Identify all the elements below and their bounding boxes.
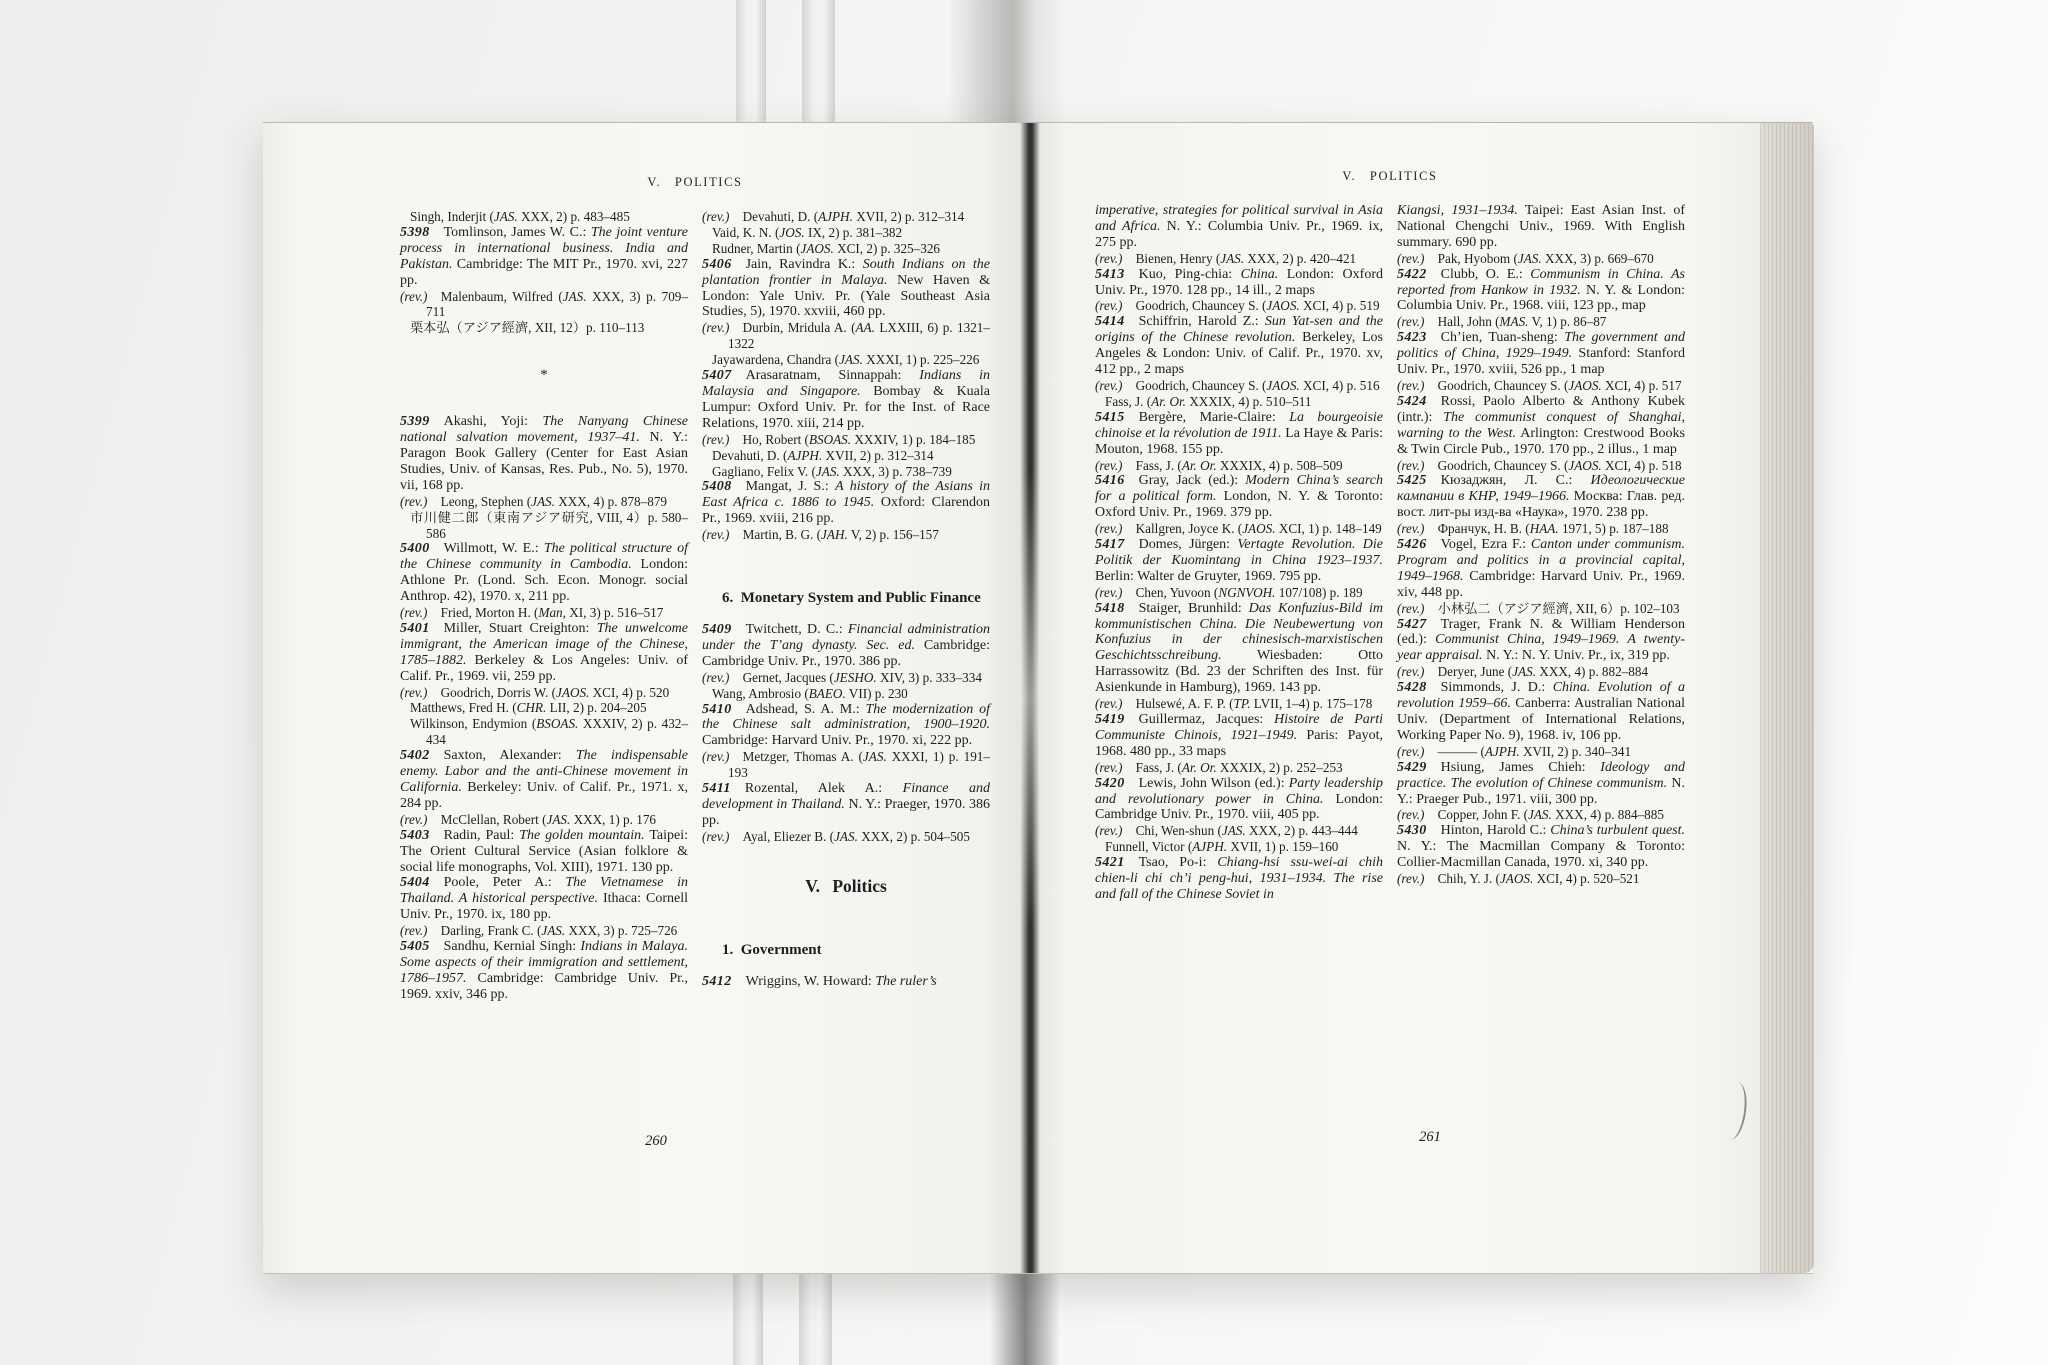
entry-number: 5409	[702, 622, 732, 637]
page-number-right: 261	[1330, 1129, 1530, 1146]
open-book: V. POLITICS V. POLITICS Singh, Inderjit …	[263, 122, 1813, 1274]
rev-label: (rev.)	[1397, 314, 1424, 329]
entry-number: 5407	[702, 368, 732, 383]
bib-entry: 5422 Clubb, O. E.: Communism in China. A…	[1397, 267, 1685, 315]
review-line: (rev.) Goodrich, Chauncey S. (JAOS. XCI,…	[1095, 298, 1383, 314]
review-line: (rev.) Франчук, Н. В. (НАА. 1971, 5) p. …	[1397, 521, 1685, 537]
text-block-right: imperative, strategies for political sur…	[1095, 203, 1685, 903]
entry-number: 5430	[1397, 823, 1427, 838]
bib-entry: 5407 Arasaratnam, Sinnappah: Indians in …	[702, 368, 990, 432]
rev-label: (rev.)	[1397, 521, 1424, 536]
review-line: (rev.) Pak, Hyobom (JAS. XXX, 3) p. 669–…	[1397, 251, 1685, 267]
bib-entry: 5420 Lewis, John Wilson (ed.): Party lea…	[1095, 776, 1383, 824]
entry-number: 5422	[1397, 267, 1427, 282]
entry-number: 5418	[1095, 601, 1125, 616]
rev-label: (rev.)	[1095, 823, 1122, 838]
page-number-left: 260	[556, 1133, 756, 1150]
review-line: (rev.) Bienen, Henry (JAS. XXX, 2) p. 42…	[1095, 251, 1383, 267]
bib-entry: 5406 Jain, Ravindra K.: South Indians on…	[702, 257, 990, 321]
bib-entry: 5424 Rossi, Paolo Alberto & Anthony Kube…	[1397, 394, 1685, 458]
review-line: Vaid, K. N. (JOS. IX, 2) p. 381–382	[702, 225, 990, 241]
section-heading: V. Politics	[702, 879, 990, 895]
entry-number: 5406	[702, 257, 732, 272]
bib-entry: 5425 Кюзаджян, Л. С.: Идеологические кам…	[1397, 473, 1685, 521]
rev-label: (rev.)	[1397, 744, 1424, 759]
bib-entry: 5409 Twitchett, D. C.: Financial adminis…	[702, 622, 990, 670]
review-line: Funnell, Victor (AJPH. XVII, 1) p. 159–1…	[1095, 839, 1383, 855]
entry-continuation: imperative, strategies for political sur…	[1095, 203, 1383, 251]
rev-label: (rev.)	[1397, 664, 1424, 679]
bib-entry: 5401 Miller, Stuart Creighton: The unwel…	[400, 621, 688, 685]
review-line: (rev.) McClellan, Robert (JAS. XXX, 1) p…	[400, 812, 688, 828]
entry-number: 5404	[400, 875, 430, 890]
entry-number: 5408	[702, 479, 732, 494]
review-line: (rev.) Copper, John F. (JAS. XXX, 4) p. …	[1397, 807, 1685, 823]
book-clamp-strap	[799, 1270, 832, 1365]
entry-number: 5426	[1397, 537, 1427, 552]
rev-label: (rev.)	[702, 527, 729, 542]
rev-label: (rev.)	[1397, 251, 1424, 266]
bib-entry: 5413 Kuo, Ping-chia: China. London: Oxfo…	[1095, 267, 1383, 299]
entry-number: 5399	[400, 414, 430, 429]
review-line: (rev.) Hall, John (MAS. V, 1) p. 86–87	[1397, 314, 1685, 330]
entry-number: 5417	[1095, 537, 1125, 552]
bib-entry: 5429 Hsiung, James Chieh: Ideology and p…	[1397, 760, 1685, 808]
bib-entry: 5398 Tomlinson, James W. C.: The joint v…	[400, 225, 688, 289]
entry-number: 5411	[702, 781, 731, 796]
rev-label: (rev.)	[702, 829, 729, 844]
review-line: (rev.) Chi, Wen-shun (JAS. XXX, 2) p. 44…	[1095, 823, 1383, 839]
bib-entry: 5417 Domes, Jürgen: Vertagte Revolution.…	[1095, 537, 1383, 585]
entry-number: 5398	[400, 225, 430, 240]
bib-entry: 5421 Tsao, Po-i: Chiang-hsi ssu-wei-ai c…	[1095, 855, 1383, 903]
rev-label: (rev.)	[1095, 251, 1122, 266]
bib-entry: 5428 Simmonds, J. D.: China. Evolution o…	[1397, 680, 1685, 744]
bib-entry: 5423 Ch’ien, Tuan-sheng: The government …	[1397, 330, 1685, 378]
book-clamp-strap	[802, 0, 835, 124]
bib-entry: 5404 Poole, Peter A.: The Vietnamese in …	[400, 875, 688, 923]
entry-number: 5412	[702, 974, 732, 989]
rev-label: (rev.)	[1095, 378, 1122, 393]
bib-entry: 5419 Guillermaz, Jacques: Histoire de Pa…	[1095, 712, 1383, 760]
rev-label: (rev.)	[1095, 458, 1122, 473]
review-line: (rev.) Goodrich, Chauncey S. (JAOS. XCI,…	[1397, 378, 1685, 394]
review-line: 市川健二郎（東南アジア研究, VIII, 4）p. 580–586	[400, 510, 688, 542]
rev-label: (rev.)	[400, 289, 427, 304]
book-photograph: V. POLITICS V. POLITICS Singh, Inderjit …	[0, 0, 2048, 1365]
entry-continuation: Kiangsi, 1931–1934. Taipei: East Asian I…	[1397, 203, 1685, 251]
review-line: Wilkinson, Endymion (BSOAS. XXXIV, 2) p.…	[400, 716, 688, 748]
review-line: (rev.) Darling, Frank C. (JAS. XXX, 3) p…	[400, 923, 688, 939]
bib-entry: 5411 Rozental, Alek A.: Finance and deve…	[702, 781, 990, 829]
rev-label: (rev.)	[1397, 807, 1424, 822]
bib-entry: 5410 Adshead, S. A. M.: The modernizatio…	[702, 702, 990, 750]
subsection-heading: 1. Government	[702, 941, 990, 960]
rev-label: (rev.)	[1095, 585, 1122, 600]
subsection-number: 6.	[722, 590, 733, 606]
entry-number: 5402	[400, 748, 430, 763]
review-line: (rev.) Goodrich, Chauncey S. (JAOS. XCI,…	[1095, 378, 1383, 394]
entry-number: 5427	[1397, 617, 1427, 632]
review-line: (rev.) Fass, J. (Ar. Or. XXXIX, 2) p. 25…	[1095, 760, 1383, 776]
review-line: (rev.) Fass, J. (Ar. Or. XXXIX, 4) p. 50…	[1095, 458, 1383, 474]
rev-label: (rev.)	[702, 432, 729, 447]
review-line: Devahuti, D. (AJPH. XVII, 2) p. 312–314	[702, 448, 990, 464]
review-line: (rev.) ——— (AJPH. XVII, 2) p. 340–341	[1397, 744, 1685, 760]
review-line: Gagliano, Felix V. (JAS. XXX, 3) p. 738–…	[702, 464, 990, 480]
column: Singh, Inderjit (JAS. XXX, 2) p. 483–485…	[400, 209, 688, 1003]
subsection-number: 1.	[722, 942, 733, 958]
separator-star: *	[400, 368, 688, 384]
review-line: (rev.) 小林弘二（アジア經濟, XII, 6）p. 102–103	[1397, 601, 1685, 617]
bib-entry: 5405 Sandhu, Kernial Singh: Indians in M…	[400, 939, 688, 1003]
rev-label: (rev.)	[1397, 601, 1424, 616]
review-line: (rev.) Hulsewé, A. F. P. (TP. LVII, 1–4)…	[1095, 696, 1383, 712]
rev-label: (rev.)	[702, 670, 729, 685]
review-line: (rev.) Durbin, Mridula A. (AA. LXXIII, 6…	[702, 320, 990, 352]
rev-label: (rev.)	[1397, 871, 1424, 886]
running-head-right: V. POLITICS	[1095, 169, 1685, 184]
rev-label: (rev.)	[400, 812, 427, 827]
rev-label: (rev.)	[702, 320, 729, 335]
review-line: (rev.) Fried, Morton H. (Man, XI, 3) p. …	[400, 605, 688, 621]
review-line: Rudner, Martin (JAOS. XCI, 2) p. 325–326	[702, 241, 990, 257]
rev-label: (rev.)	[1095, 298, 1122, 313]
review-line: (rev.) Metzger, Thomas A. (JAS. XXXI, 1)…	[702, 749, 990, 781]
bib-entry: 5400 Willmott, W. E.: The political stru…	[400, 541, 688, 605]
entry-number: 5401	[400, 621, 430, 636]
rev-label: (rev.)	[400, 494, 427, 509]
entry-number: 5428	[1397, 680, 1427, 695]
bib-entry: 5399 Akashi, Yoji: The Nanyang Chinese n…	[400, 414, 688, 494]
rev-label: (rev.)	[1397, 378, 1424, 393]
rev-label: (rev.)	[400, 923, 427, 938]
entry-number: 5415	[1095, 410, 1125, 425]
entry-number: 5410	[702, 702, 732, 717]
review-line: (rev.) Chih, Y. J. (JAOS. XCI, 4) p. 520…	[1397, 871, 1685, 887]
review-line: Fass, J. (Ar. Or. XXXIX, 4) p. 510–511	[1095, 394, 1383, 410]
book-clamp-strap	[736, 0, 766, 124]
bib-entry: 5430 Hinton, Harold C.: China’s turbulen…	[1397, 823, 1685, 871]
review-line: (rev.) Goodrich, Dorris W. (JAOS. XCI, 4…	[400, 685, 688, 701]
entry-number: 5420	[1095, 776, 1125, 791]
book-gutter	[1020, 123, 1040, 1273]
review-line: (rev.) Gernet, Jacques (JESHO. XIV, 3) p…	[702, 670, 990, 686]
entry-number: 5405	[400, 939, 430, 954]
bib-entry: 5426 Vogel, Ezra F.: Canton under commun…	[1397, 537, 1685, 601]
subsection-heading: 6. Monetary System and Public Finance	[702, 589, 990, 608]
running-head-left: V. POLITICS	[400, 175, 990, 190]
text-block-left: Singh, Inderjit (JAS. XXX, 2) p. 483–485…	[400, 209, 990, 1003]
entry-number: 5403	[400, 828, 430, 843]
entry-number: 5416	[1095, 473, 1125, 488]
review-line: (rev.) Goodrich, Chauncey S. (JAOS. XCI,…	[1397, 458, 1685, 474]
review-line: (rev.) Ho, Robert (BSOAS. XXXIV, 1) p. 1…	[702, 432, 990, 448]
column: (rev.) Devahuti, D. (AJPH. XVII, 2) p. 3…	[702, 209, 990, 1003]
review-line: (rev.) Chen, Yuvoon (NGNVOH. 107/108) p.…	[1095, 585, 1383, 601]
review-line: 栗本弘（アジア經濟, XII, 12）p. 110–113	[400, 320, 688, 336]
entry-number: 5425	[1397, 473, 1427, 488]
entry-number: 5423	[1397, 330, 1427, 345]
bib-entry: 5402 Saxton, Alexander: The indispensabl…	[400, 748, 688, 812]
review-line: Singh, Inderjit (JAS. XXX, 2) p. 483–485	[400, 209, 688, 225]
entry-number: 5414	[1095, 314, 1125, 329]
entry-number: 5424	[1397, 394, 1427, 409]
page-edges	[1760, 123, 1814, 1273]
rev-label: (rev.)	[400, 605, 427, 620]
review-line: (rev.) Malenbaum, Wilfred (JAS. XXX, 3) …	[400, 289, 688, 321]
entry-number: 5421	[1095, 855, 1125, 870]
review-line: (rev.) Ayal, Eliezer B. (JAS. XXX, 2) p.…	[702, 829, 990, 845]
bib-entry: 5416 Gray, Jack (ed.): Modern China’s se…	[1095, 473, 1383, 521]
rev-label: (rev.)	[1397, 458, 1424, 473]
entry-number: 5429	[1397, 760, 1427, 775]
rev-label: (rev.)	[400, 685, 427, 700]
bib-entry: 5403 Radin, Paul: The golden mountain. T…	[400, 828, 688, 876]
rev-label: (rev.)	[1095, 521, 1122, 536]
bib-entry: 5415 Bergère, Marie-Claire: La bourgeois…	[1095, 410, 1383, 458]
review-line: (rev.) Kallgren, Joyce K. (JAOS. XCI, 1)…	[1095, 521, 1383, 537]
bib-entry: 5414 Schiffrin, Harold Z.: Sun Yat-sen a…	[1095, 314, 1383, 378]
review-line: Matthews, Fred H. (CHR. LII, 2) p. 204–2…	[400, 700, 688, 716]
bib-entry: 5427 Trager, Frank N. & William Henderso…	[1397, 617, 1685, 665]
review-line: (rev.) Martin, B. G. (JAH. V, 2) p. 156–…	[702, 527, 990, 543]
column: Kiangsi, 1931–1934. Taipei: East Asian I…	[1397, 203, 1685, 903]
bib-entry: 5418 Staiger, Brunhild: Das Konfuzius-Bi…	[1095, 601, 1383, 696]
review-line: Jayawardena, Chandra (JAS. XXXI, 1) p. 2…	[702, 352, 990, 368]
bib-entry: 5412 Wriggins, W. Howard: The ruler’s	[702, 974, 990, 990]
spine-shadow	[990, 1268, 1060, 1365]
review-line: Wang, Ambrosio (BAEO. VII) p. 230	[702, 686, 990, 702]
entry-number: 5419	[1095, 712, 1125, 727]
review-line: (rev.) Devahuti, D. (AJPH. XVII, 2) p. 3…	[702, 209, 990, 225]
spine-shadow	[948, 0, 1066, 124]
review-line: (rev.) Leong, Stephen (JAS. XXX, 4) p. 8…	[400, 494, 688, 510]
book-clamp-strap	[733, 1270, 763, 1365]
rev-label: (rev.)	[702, 209, 729, 224]
entry-number: 5400	[400, 541, 430, 556]
rev-label: (rev.)	[1095, 760, 1122, 775]
review-line: (rev.) Deryer, June (JAS. XXX, 4) p. 882…	[1397, 664, 1685, 680]
bib-entry: 5408 Mangat, J. S.: A history of the Asi…	[702, 479, 990, 527]
rev-label: (rev.)	[702, 749, 729, 764]
column: imperative, strategies for political sur…	[1095, 203, 1383, 903]
rev-label: (rev.)	[1095, 696, 1122, 711]
entry-number: 5413	[1095, 267, 1125, 282]
